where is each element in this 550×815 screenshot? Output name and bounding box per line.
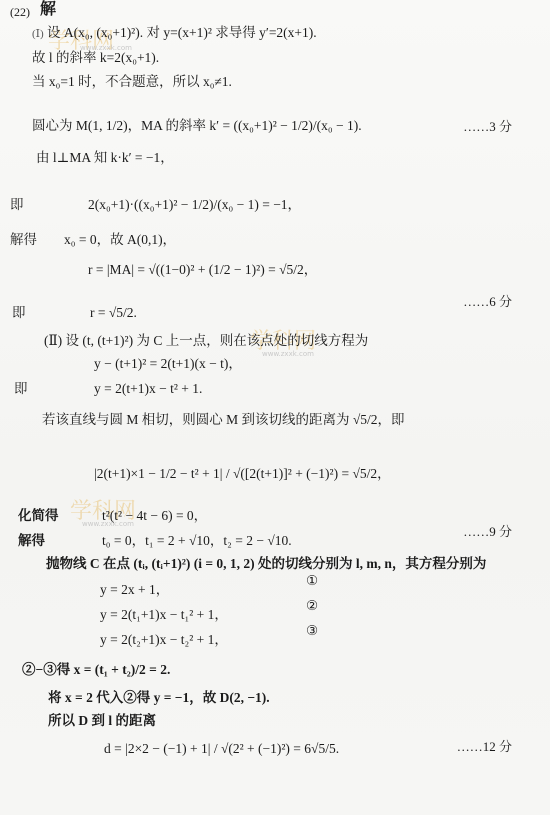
part1-line7: x₀ = 0，故 A(0,1)， (64, 232, 176, 248)
problem-number: (22) (10, 4, 30, 20)
score-3: ……3 分 (463, 116, 512, 135)
score-12: ……12 分 (457, 736, 512, 755)
part1-line6-prefix: 即 (10, 197, 24, 213)
part2-line1: (Ⅱ) 设 (t, (t+1)²) 为 C 上一点，则在该点处的切线方程为 (44, 333, 368, 349)
part1-line3: 当 x₀=1 时，不合题意，所以 x₀≠1. (32, 74, 232, 90)
part2-line3-prefix: 即 (14, 381, 28, 397)
part1-line5: 由 l⊥MA 知 k·k′ = −1， (36, 150, 174, 166)
part2-line12: d = |2×2 − (−1) + 1| / √(2² + (−1)²) = 6… (104, 741, 339, 757)
part1-line9-prefix: 即 (12, 305, 26, 321)
part2-line8: 抛物线 C 在点 (tᵢ, (tᵢ+1)²) (i = 0, 1, 2) 处的切… (46, 556, 486, 572)
solution-label: 解 (40, 2, 56, 18)
part2-line7-prefix: 解得 (18, 533, 45, 549)
equation-1-tag: ① (306, 573, 318, 589)
part1-line9: r = √5/2. (90, 305, 137, 321)
part1-line6: 2(x₀+1)·((x₀+1)² − 1/2)/(x₀ − 1) = −1， (88, 197, 301, 213)
document-page: 学科网 学科网 学科网 www.zxxk.com www.zxxk.com ww… (0, 0, 550, 815)
part1-line1: (Ⅰ) 设 A(x₀, (x₀+1)²). 对 y=(x+1)² 求导得 y′=… (32, 25, 317, 42)
part1-line4: 圆心为 M(1, 1/2)，MA 的斜率 k′ = ((x₀+1)² − 1/2… (32, 118, 362, 134)
equation-3: y = 2(t₂+1)x − t₂² + 1， (100, 632, 228, 648)
equation-2: y = 2(t₁+1)x − t₁² + 1， (100, 607, 228, 623)
watermark-url: www.zxxk.com (262, 350, 314, 358)
part2-line2: y − (t+1)² = 2(t+1)(x − t)， (94, 356, 242, 372)
part1-line7-prefix: 解得 (10, 232, 37, 248)
part2-line6: t²(t² − 4t − 6) = 0， (102, 508, 207, 524)
part2-line9: ②−③得 x = (t₁ + t₂)/2 = 2. (22, 662, 170, 678)
equation-2-tag: ② (306, 598, 318, 614)
equation-3-tag: ③ (306, 623, 318, 639)
part2-line4: 若该直线与圆 M 相切，则圆心 M 到该切线的距离为 √5/2，即 (42, 412, 405, 428)
part2-line11: 所以 D 到 l 的距离 (48, 713, 156, 729)
part2-line10: 将 x = 2 代入②得 y = −1，故 D(2, −1). (48, 690, 270, 706)
score-9: ……9 分 (463, 521, 512, 540)
equation-1: y = 2x + 1， (100, 582, 169, 598)
part2-line5: |2(t+1)×1 − 1/2 − t² + 1| / √([2(t+1)]² … (94, 466, 391, 482)
part2-line3: y = 2(t+1)x − t² + 1. (94, 381, 202, 397)
part2-line7: t₀ = 0，t₁ = 2 + √10，t₂ = 2 − √10. (102, 533, 292, 549)
part1-line8: r = |MA| = √((1−0)² + (1/2 − 1)²) = √5/2… (88, 262, 317, 278)
score-6: ……6 分 (463, 291, 512, 310)
part2-line6-prefix: 化简得 (18, 508, 59, 524)
part1-line2: 故 l 的斜率 k=2(x₀+1). (32, 50, 159, 66)
